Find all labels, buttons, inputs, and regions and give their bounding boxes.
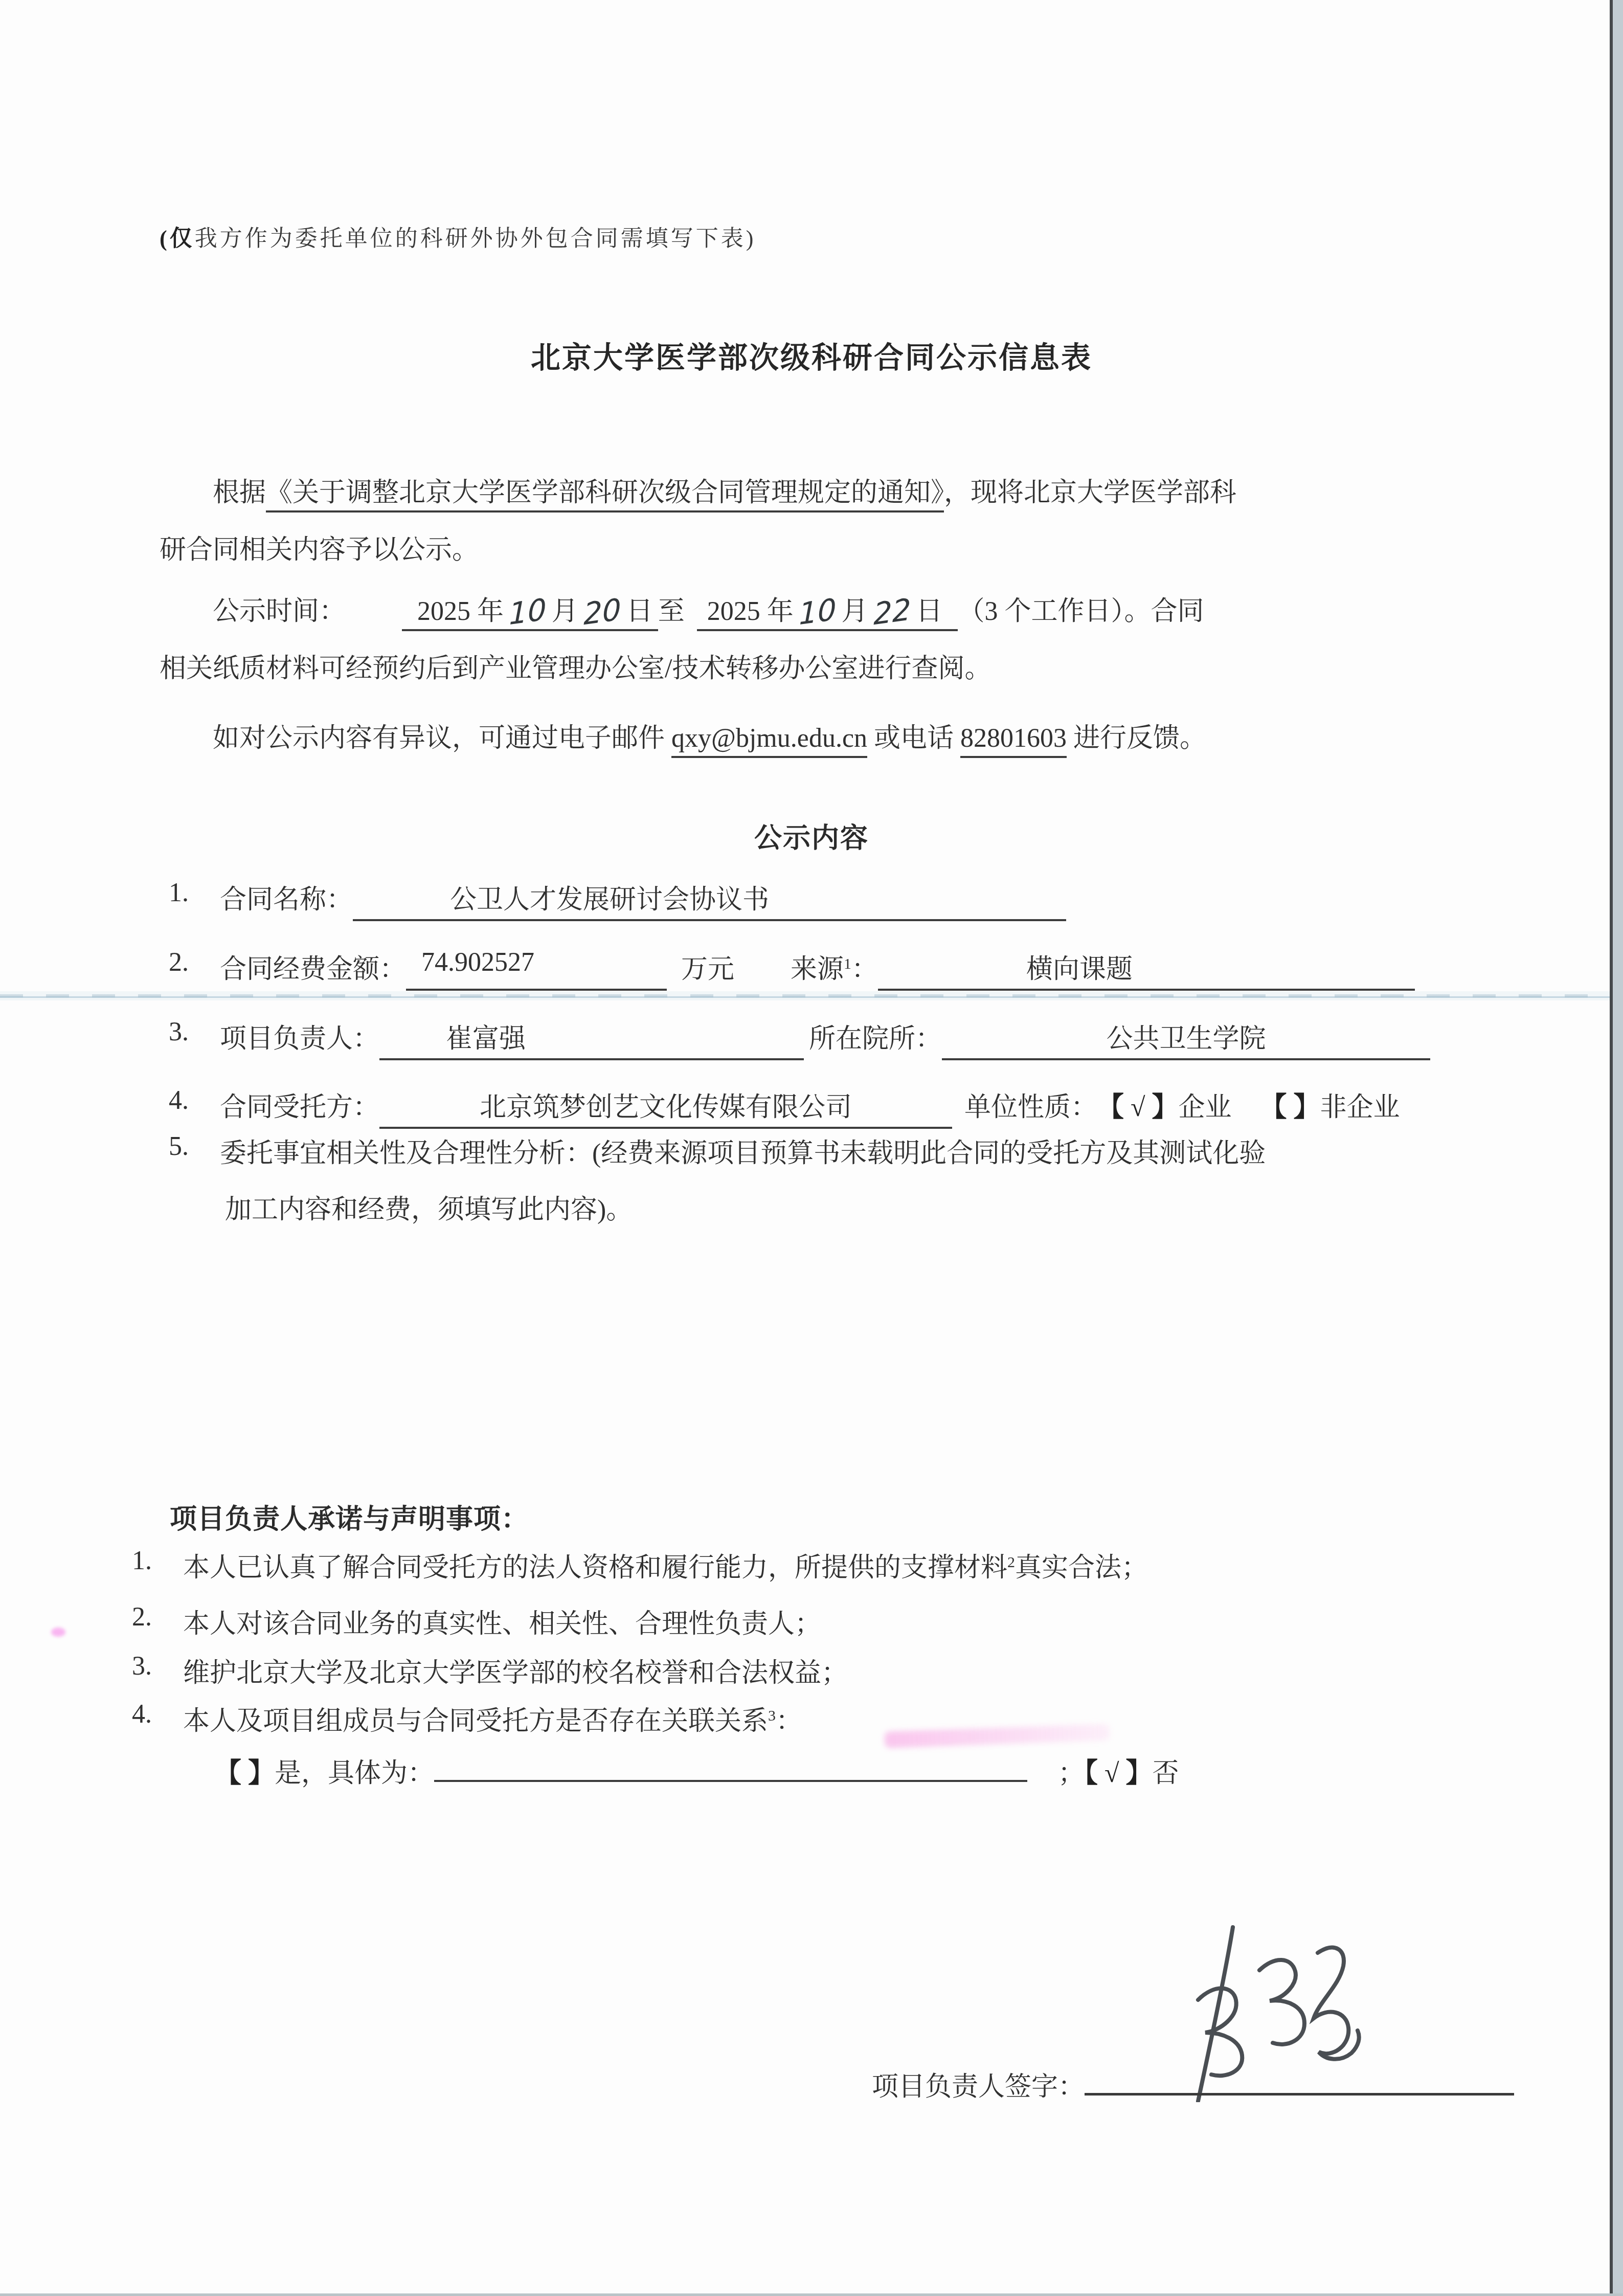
item-number: 1.	[169, 878, 220, 921]
checkbox-enterprise-checked: 【 √ 】	[1097, 1085, 1179, 1129]
scan-artifact-pink-smudge	[885, 1724, 1110, 1748]
declaration-item-3: 3. 维护北京大学及北京大学医学部的校名校誉和合法权益；	[132, 1651, 848, 1689]
publicity-time-line: 公示时间：2025 年10月20日至2025 年10月22日（3 个工作日）。合…	[213, 591, 1204, 630]
date1-month-unit: 月	[552, 597, 578, 626]
item-number: 4.	[132, 1699, 183, 1737]
item-number: 2.	[169, 947, 220, 991]
item-number: 1.	[132, 1546, 183, 1584]
date1-year: 2025	[417, 597, 470, 626]
dept-value: 公共卫生学院	[942, 1017, 1430, 1060]
feedback-after: 进行反馈。	[1067, 724, 1206, 753]
item-number: 4.	[169, 1085, 220, 1129]
intro-line-1: 根据《关于调整北京大学医学部科研次级合同管理规定的通知》，现将北京大学医学部科	[213, 475, 1236, 511]
intro-after-doc: ，现将北京大学医学部科	[944, 478, 1236, 507]
top-note-bold: (仅	[160, 226, 195, 251]
content-item-2: 2. 合同经费金额： 74.902527 万元 来源1： 横向课题	[169, 947, 1415, 991]
source-label-text: 来源	[791, 955, 844, 984]
nature-enterprise-label: 企业	[1179, 1085, 1232, 1129]
scanned-form-page: (仅我方作为委托单位的科研外协外包合同需填写下表) 北京大学医学部次级科研合同公…	[0, 0, 1623, 2296]
date2-day-handwritten: 22	[873, 591, 911, 633]
feedback-middle: 或电话	[867, 724, 960, 753]
checkbox-no-checked: 【 √ 】	[1085, 1759, 1153, 1788]
top-note: (仅我方作为委托单位的科研外协外包合同需填写下表)	[160, 220, 756, 253]
decl-text-post: ：	[776, 1707, 802, 1736]
declaration-item-1: 1. 本人已认真了解合同受托方的法人资格和履行能力，所提供的支撑材料2真实合法；	[132, 1546, 1148, 1584]
intro-lead: 根据	[213, 478, 266, 507]
contract-amount-label: 合同经费金额：	[220, 947, 406, 991]
pi-label: 项目负责人：	[220, 1017, 379, 1060]
feedback-phone: 82801603	[960, 724, 1067, 758]
scan-edge-right	[1610, 0, 1623, 2296]
item-number: 5.	[169, 1131, 220, 1170]
declaration-text: 维护北京大学及北京大学医学部的校名校誉和合法权益；	[183, 1651, 848, 1689]
decl-text-post: 真实合法；	[1015, 1553, 1148, 1582]
content-item-3: 3. 项目负责人： 崔富强 所在院所： 公共卫生学院	[169, 1017, 1430, 1060]
footnote-sup: 3	[768, 1707, 776, 1724]
scan-artifact-pink-dot	[51, 1628, 65, 1637]
declaration-heading: 项目负责人承诺与声明事项：	[170, 1498, 529, 1536]
relation-detail-blank	[434, 1777, 1027, 1782]
date1-day-handwritten: 20	[583, 591, 621, 633]
relation-yes-label: 是，具体为：	[275, 1759, 434, 1788]
source-footnote-sup: 1	[844, 955, 851, 972]
checkbox-yes-empty: 【 】	[215, 1759, 275, 1788]
declaration-item-4: 4. 本人及项目组成员与合同受托方是否存在关联关系3：	[132, 1699, 802, 1737]
signature-underline	[1085, 2063, 1514, 2096]
analysis-line-1: 委托事宜相关性及合理性分析：(经费来源项目预算书未载明此合同的受托方及其测试化验	[220, 1131, 1266, 1170]
intro-line-2: 研合同相关内容予以公示。	[160, 532, 479, 569]
date2-month-unit: 月	[842, 597, 868, 626]
item-number: 3.	[132, 1651, 183, 1689]
declaration-text: 本人已认真了解合同受托方的法人资格和履行能力，所提供的支撑材料2真实合法；	[183, 1546, 1148, 1584]
dept-label: 所在院所：	[809, 1017, 942, 1060]
scan-artifact-line	[0, 996, 1623, 998]
content-item-5: 5. 委托事宜相关性及合理性分析：(经费来源项目预算书未载明此合同的受托方及其测…	[169, 1131, 1266, 1170]
signature-label: 项目负责人签字：	[872, 2072, 1085, 2102]
relation-no-label: 否	[1153, 1759, 1179, 1788]
analysis-line-2: 加工内容和经费，须填写此内容)。	[225, 1192, 633, 1229]
source-value: 横向课题	[878, 947, 1415, 991]
amount-unit: 万元	[681, 947, 734, 991]
relation-line: 【 】是，具体为：；【 √ 】否	[215, 1755, 1179, 1792]
signature-line: 项目负责人签字：	[872, 2063, 1514, 2106]
declaration-text: 本人及项目组成员与合同受托方是否存在关联关系3：	[183, 1699, 802, 1737]
contractor-value: 北京筑梦创艺文化传媒有限公司	[379, 1085, 952, 1129]
content-item-4: 4. 合同受托方： 北京筑梦创艺文化传媒有限公司 单位性质： 【 √ 】 企业 …	[169, 1085, 1400, 1129]
source-label: 来源1：	[791, 947, 878, 991]
date1-year-unit: 年	[477, 597, 504, 626]
pi-value: 崔富强	[379, 1017, 804, 1060]
decl-text-pre: 本人及项目组成员与合同受托方是否存在关联关系	[183, 1707, 768, 1736]
publicity-date-end: 2025 年10月22日	[697, 597, 958, 631]
date2-month-handwritten: 10	[799, 591, 836, 633]
date-to: 至	[658, 597, 685, 626]
checkbox-non-enterprise-empty: 【 】	[1260, 1085, 1320, 1129]
feedback-before: 如对公示内容有异议，可通过电子邮件	[213, 724, 671, 753]
content-section-heading: 公示内容	[0, 816, 1623, 856]
contractor-label: 合同受托方：	[220, 1085, 379, 1129]
scan-edge-bottom	[0, 2293, 1623, 2296]
date2-year: 2025	[707, 597, 760, 626]
contract-amount-value: 74.902527	[406, 947, 667, 991]
source-colon: ：	[851, 955, 878, 984]
declaration-text: 本人对该合同业务的真实性、相关性、合理性负责人；	[183, 1602, 821, 1640]
nature-non-enterprise-label: 非企业	[1320, 1085, 1400, 1129]
date2-year-unit: 年	[767, 597, 794, 626]
publicity-date-start: 2025 年10月20日	[402, 597, 658, 631]
notice-doc-title: 《关于调整北京大学医学部科研次级合同管理规定的通知》	[266, 478, 944, 512]
date1-day-unit: 日	[626, 597, 653, 626]
nature-label: 单位性质：	[964, 1085, 1097, 1129]
feedback-email: qxy@bjmu.edu.cn	[671, 724, 867, 758]
content-item-1: 1. 合同名称： 公卫人才发展研讨会协议书	[169, 878, 1066, 921]
decl-text-pre: 本人已认真了解合同受托方的法人资格和履行能力，所提供的支撑材料	[183, 1553, 1007, 1582]
publicity-time-line-2: 相关纸质材料可经预约后到产业管理办公室/技术转移办公室进行查阅。	[160, 651, 991, 687]
relation-semicolon: ；	[1058, 1759, 1085, 1788]
feedback-line: 如对公示内容有异议，可通过电子邮件 qxy@bjmu.edu.cn 或电话 82…	[213, 720, 1206, 757]
publicity-time-suffix: （3 个工作日）。合同	[958, 597, 1204, 626]
form-title: 北京大学医学部次级科研合同公示信息表	[0, 333, 1623, 376]
date2-day-unit: 日	[916, 597, 942, 626]
date1-month-handwritten: 10	[509, 591, 546, 633]
declaration-item-2: 2. 本人对该合同业务的真实性、相关性、合理性负责人；	[132, 1602, 821, 1640]
item-number: 3.	[169, 1017, 220, 1060]
footnote-sup: 2	[1007, 1554, 1015, 1571]
publicity-time-label: 公示时间：	[213, 597, 346, 626]
item-number: 2.	[132, 1602, 183, 1640]
contract-name-label: 合同名称：	[220, 878, 353, 921]
top-note-rest: 我方作为委托单位的科研外协外包合同需填写下表)	[195, 226, 756, 251]
contract-name-value: 公卫人才发展研讨会协议书	[353, 878, 1066, 921]
